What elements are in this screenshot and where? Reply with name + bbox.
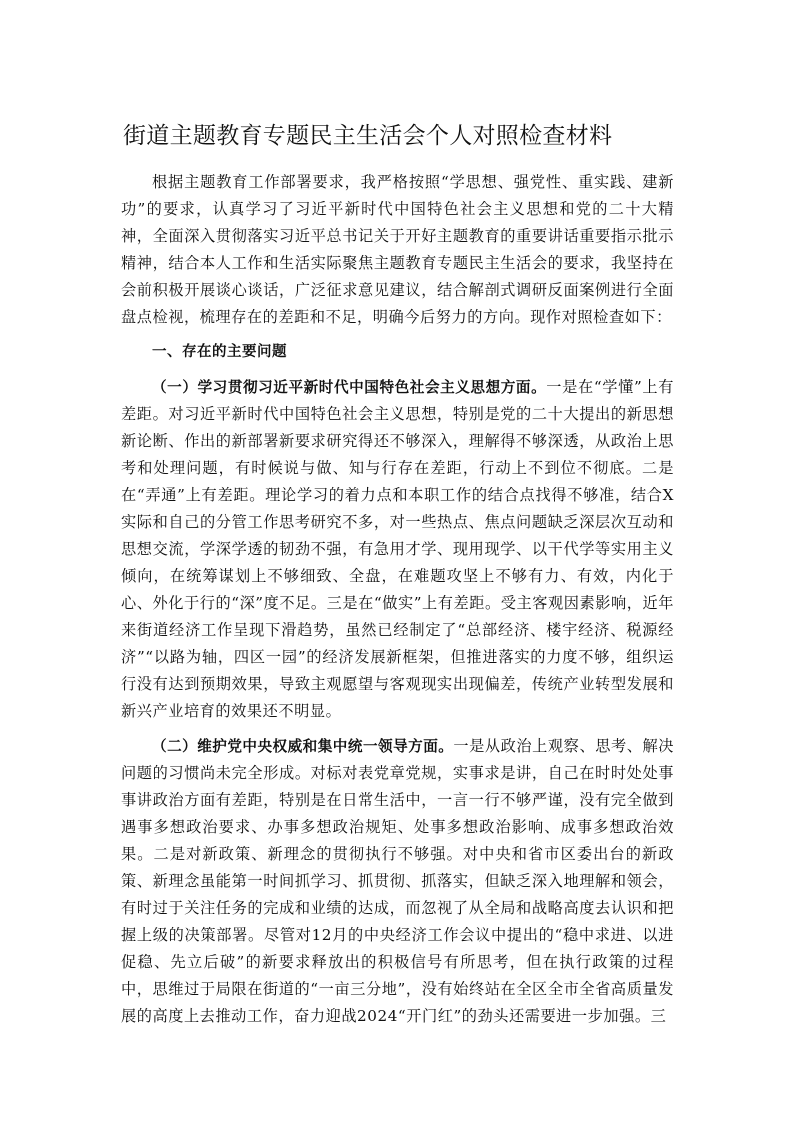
document-title: 街道主题教育专题民主生活会个人对照检查材料 [121, 118, 674, 154]
section-item-2: （二）维护党中央权威和集中统一领导方面。一是从政治上观察、思考、解决问题的习惯尚… [121, 733, 674, 1030]
section-item-body: 一是在“学懂”上有差距。对习近平新时代中国特色社会主义思想，特别是党的二十大提出… [121, 378, 674, 720]
section-item-body: 一是从政治上观察、思考、解决问题的习惯尚未完全形成。对标对表党章党规，实事求是讲… [121, 737, 674, 1025]
section-item-lead: （二）维护党中央权威和集中统一领导方面。 [152, 738, 453, 755]
document-page: 街道主题教育专题民主生活会个人对照检查材料 根据主题教育工作部署要求，我严格按照… [121, 118, 674, 1030]
section-item-1: （一）学习贯彻习近平新时代中国特色社会主义思想方面。一是在“学懂”上有差距。对习… [121, 374, 674, 725]
section-heading: 一、存在的主要问题 [121, 339, 674, 366]
section-item-lead: （一）学习贯彻习近平新时代中国特色社会主义思想方面。 [152, 379, 546, 396]
intro-paragraph: 根据主题教育工作部署要求，我严格按照“学思想、强党性、重实践、建新功”的要求，认… [121, 169, 674, 331]
